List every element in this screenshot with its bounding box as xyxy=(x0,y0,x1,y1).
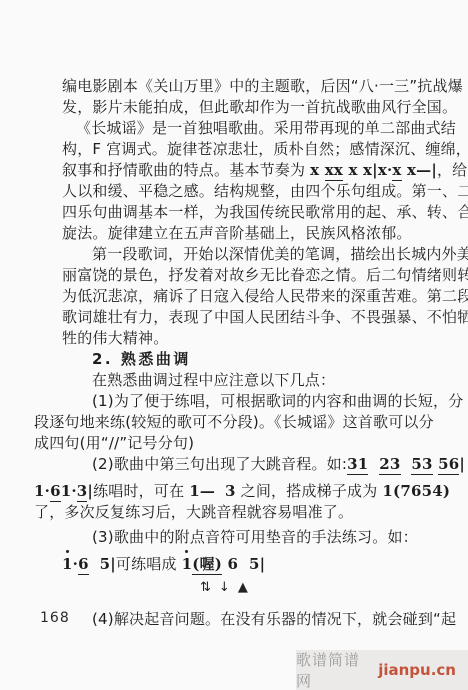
text-content: 编电影剧本《关山万里》中的主题歌，后因“八·一三”抗战爆发，影片未能拍成，但此歌… xyxy=(62,76,444,630)
paragraph-line: 歌词雄壮有力，表现了中国人民团结斗争、不畏强暴、不怕牺 xyxy=(62,307,444,328)
paragraph-line: 为低沉悲凉，痛诉了日寇入侵给人民带来的深重苦难。第二段 xyxy=(62,286,444,307)
updown-arrow-icon: ⇅ xyxy=(200,580,219,595)
jianpu-notation-line: 1·61·3|练唱时，可在 1— 3 之间，搭成梯子成为 1(7654) xyxy=(34,481,444,502)
list-item-1-line: (1)为了便于练唱，可根据歌词的内容和曲调的长短，分 xyxy=(62,391,444,412)
paragraph-line: 《长城谣》是一首独唱歌曲。采用带再现的单二部曲式结 xyxy=(62,118,444,139)
paragraph-line: 牲的伟大精神。 xyxy=(62,328,444,349)
paragraph-line: 发，影片未能拍成，但此歌却作为一首抗战歌曲风行全国。 xyxy=(62,97,444,118)
down-arrow-icon: ↓ xyxy=(219,580,238,595)
paragraph-line-with-rhythm: 叙事和抒情歌曲的特点。基本节奏为 x xx x x|x·x x—|，给 xyxy=(62,160,444,181)
paragraph-line: 构，F 宫调式。旋律苍凉悲壮，质朴自然；感情深沉、缠绵，具有 xyxy=(62,139,444,160)
section-heading: 2. 熟悉曲调 xyxy=(62,349,444,370)
paragraph-line: 在熟悉曲调过程中应注意以下几点： xyxy=(62,370,444,391)
list-item-4-line: (4)解决起音问题。在没有乐器的情况下，就会碰到“起 xyxy=(62,609,444,630)
paragraph-line: 段逐句地来练(较短的歌可不分段)。《长城谣》这首歌可以分 xyxy=(34,412,444,433)
paragraph-line: 了，多次反复练习后，大跳音程就容易唱准了。 xyxy=(34,502,444,523)
book-page: 编电影剧本《关山万里》中的主题歌，后因“八·一三”抗战爆发，影片未能拍成，但此歌… xyxy=(0,0,468,690)
paragraph-line: 人以和缓、平稳之感。结构规整，由四个乐句组成。第一、二、 xyxy=(62,181,444,202)
articulation-arrows-row: ⇅↓▲ xyxy=(62,575,444,601)
watermark-site-url: jianpu.cn xyxy=(378,661,456,679)
paragraph-line: 编电影剧本《关山万里》中的主题歌，后因“八·一三”抗战爆 xyxy=(62,76,444,97)
jianpu-notation-line: 1·6 5|可练唱成 1(喔) 6 5| xyxy=(62,554,444,575)
watermark: 歌谱简谱网 jianpu.cn xyxy=(296,650,468,690)
list-item-3-line: (3)歌曲中的附点音符可用垫音的手法练习。如： xyxy=(62,527,444,548)
watermark-site-name: 歌谱简谱网 xyxy=(296,649,373,690)
paragraph-line: 丽富饶的景色，抒发着对故乡无比眷恋之情。后二句情绪则转 xyxy=(62,265,444,286)
paragraph-line: 四乐句曲调基本一样，为我国传统民歌常用的起、承、转、合的 xyxy=(62,202,444,223)
up-triangle-icon: ▲ xyxy=(238,580,256,595)
paragraph-line: 旋法。旋律建立在五声音阶基础上，民族风格浓郁。 xyxy=(62,223,444,244)
list-item-2-line-with-jianpu: (2)歌曲中第三句出现了大跳音程。如:31 23 53 56| xyxy=(62,454,444,475)
paragraph-line: 成四句(用“//”记号分句) xyxy=(34,433,444,454)
paragraph-line: 第一段歌词，开始以深情优美的笔调，描绘出长城内外美 xyxy=(62,244,444,265)
page-number: 168 xyxy=(40,610,70,626)
